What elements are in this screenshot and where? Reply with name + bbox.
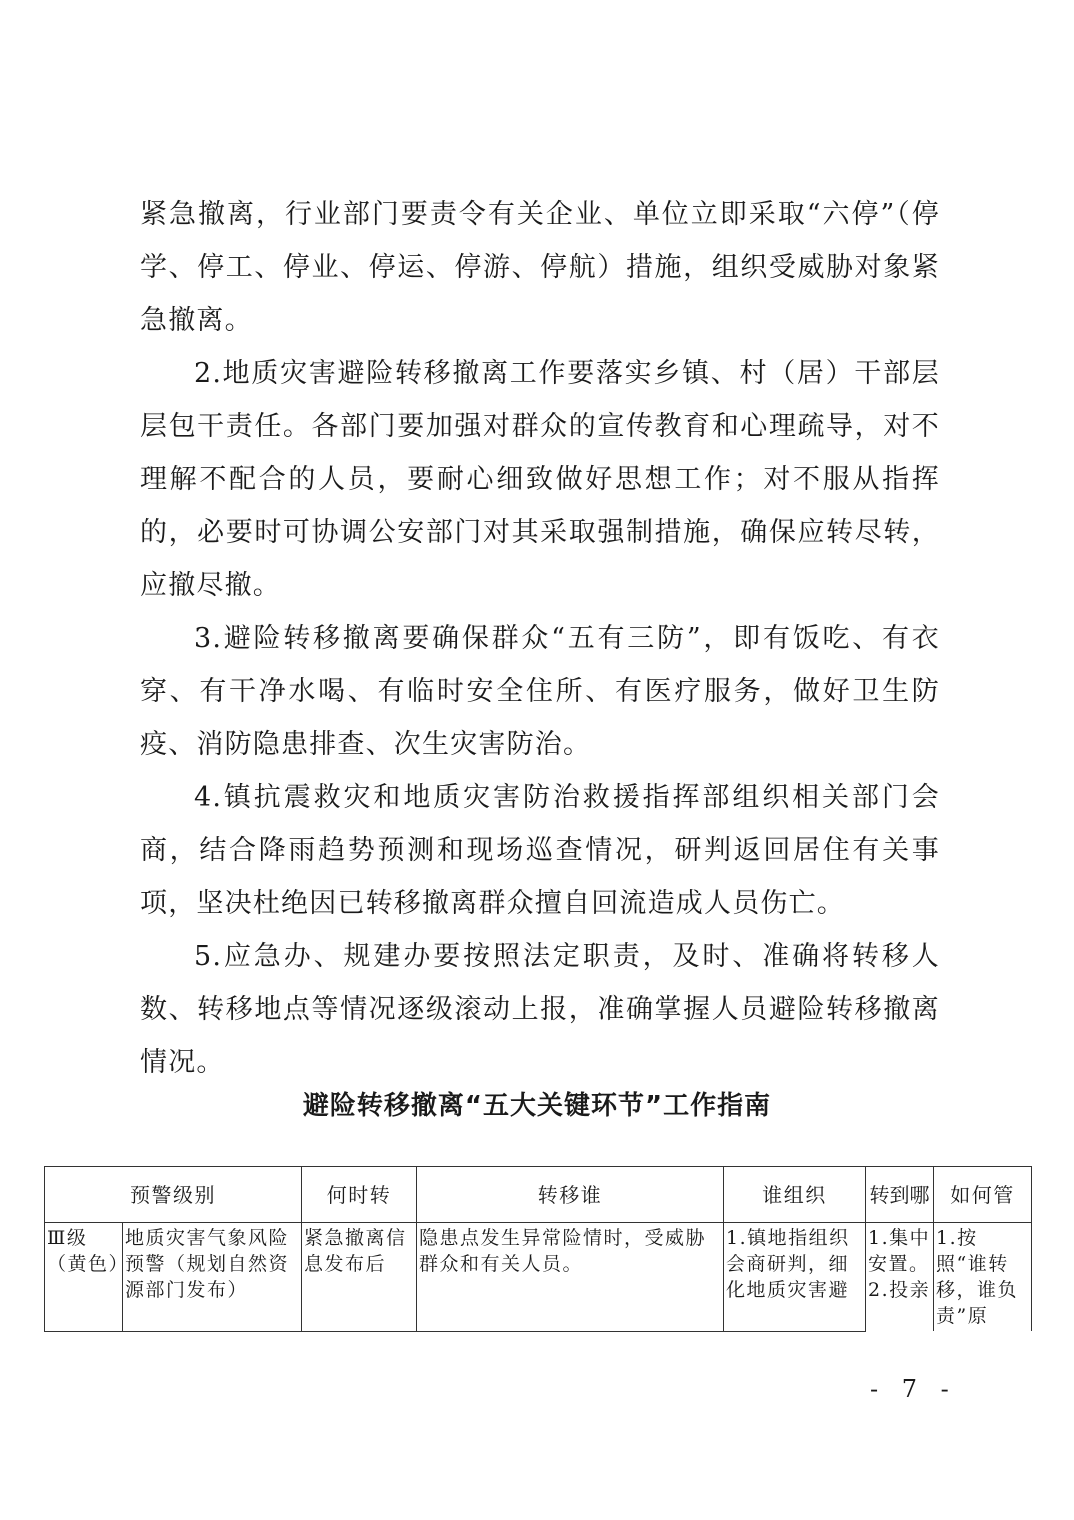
page-number: - 7 - <box>870 1375 957 1403</box>
header-organizer: 谁组织 <box>724 1167 866 1223</box>
paragraph-4: 4.镇抗震救灾和地质灾害防治救援指挥部组织相关部门会商，结合降雨趋势预测和现场巡… <box>140 771 940 930</box>
header-when: 何时转 <box>302 1167 417 1223</box>
cell-warning: 地质灾害气象风险预警（规划自然资源部门发布） <box>123 1223 302 1332</box>
guide-title: 避险转移撤离“五大关键环节”工作指南 <box>0 1085 1074 1122</box>
cell-manage: 1.按照“谁转移，谁负责”原 <box>934 1223 1032 1332</box>
cell-where: 1.集中安置。2.投亲 <box>866 1223 934 1332</box>
guide-table: 预警级别 何时转 转移谁 谁组织 转到哪 如何管 Ⅲ级（黄色） 地质灾害气象风险… <box>44 1166 1032 1332</box>
header-who: 转移谁 <box>417 1167 724 1223</box>
cell-level: Ⅲ级（黄色） <box>45 1223 123 1332</box>
paragraph-3: 3.避险转移撤离要确保群众“五有三防”，即有饭吃、有衣穿、有干净水喝、有临时安全… <box>140 612 940 771</box>
paragraph-2: 2.地质灾害避险转移撤离工作要落实乡镇、村（居）干部层层包干责任。各部门要加强对… <box>140 347 940 612</box>
table-header-row: 预警级别 何时转 转移谁 谁组织 转到哪 如何管 <box>45 1167 1032 1223</box>
cell-organizer: 1.镇地指组织会商研判，细化地质灾害避 <box>724 1223 866 1332</box>
header-warning-level: 预警级别 <box>45 1167 302 1223</box>
cell-who: 隐患点发生异常险情时，受威胁群众和有关人员。 <box>417 1223 724 1332</box>
header-manage: 如何管 <box>934 1167 1032 1223</box>
cell-when: 紧急撤离信息发布后 <box>302 1223 417 1332</box>
table-row: Ⅲ级（黄色） 地质灾害气象风险预警（规划自然资源部门发布） 紧急撤离信息发布后 … <box>45 1223 1032 1332</box>
paragraph-5: 5.应急办、规建办要按照法定职责，及时、准确将转移人数、转移地点等情况逐级滚动上… <box>140 930 940 1089</box>
paragraph-1: 紧急撤离，行业部门要责令有关企业、单位立即采取“六停”（停学、停工、停业、停运、… <box>140 188 940 347</box>
body-text: 紧急撤离，行业部门要责令有关企业、单位立即采取“六停”（停学、停工、停业、停运、… <box>140 188 940 1089</box>
header-where: 转到哪 <box>866 1167 934 1223</box>
